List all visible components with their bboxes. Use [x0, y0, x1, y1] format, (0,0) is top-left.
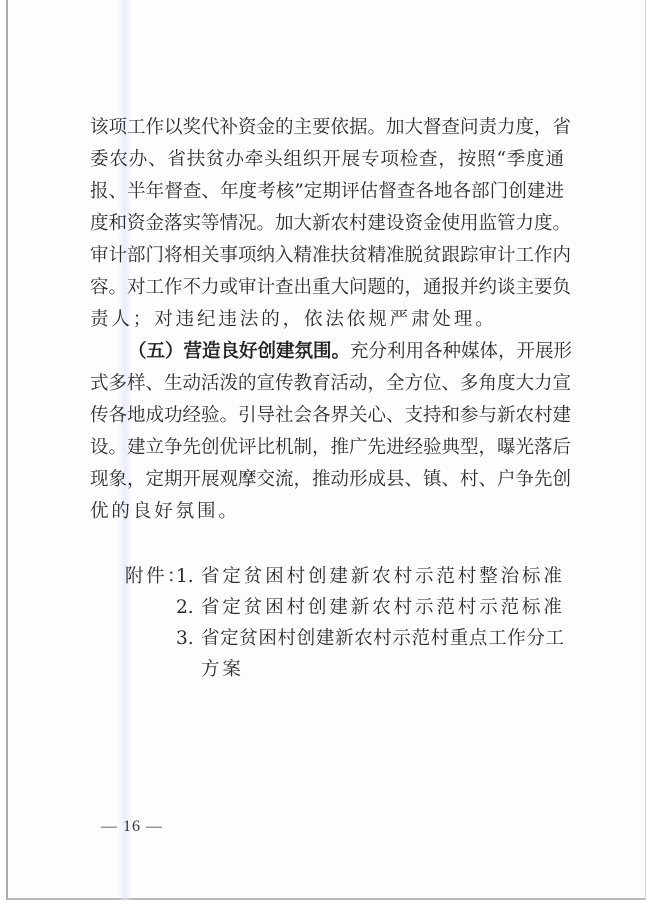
attachment-title: 省定贫困村创建新农村示范村示范标准: [201, 596, 565, 620]
body-line: 责人；对违纪违法的，依法依规严肃处理。: [90, 308, 497, 332]
body-line: 该项工作以奖代补资金的主要依据。加大督查问责力度，省: [90, 116, 564, 140]
page-number: — 16 —: [101, 816, 163, 838]
body-line: 报、半年督查、年度考核”定期评估督查各地各部门创建进: [90, 180, 564, 204]
attachment-number: 3.: [176, 627, 194, 651]
body-line: 审计部门将相关事项纳入精准扶贫精准脱贫跟踪审计工作内: [90, 244, 564, 268]
attachment-title: 省定贫困村创建新农村示范村整治标准: [201, 565, 565, 589]
section-five-first-line: （五）营造良好创建氛围。充分利用各种媒体，开展形: [128, 340, 564, 364]
body-line: 容。对工作不力或审计查出重大问题的，通报并约谈主要负: [90, 276, 564, 300]
body-line: 度和资金落实等情况。加大新农村建设资金使用监管力度。: [90, 212, 564, 236]
section-five-line: 现象，定期开展观摩交流，推动形成县、镇、村、户争先创: [90, 468, 564, 492]
section-five-line: 传各地成功经验。引导社会各界关心、支持和参与新农村建: [90, 404, 564, 428]
section-five-line: 设。建立争先创优评比机制，推广先进经验典型，曝光落后: [90, 436, 564, 460]
attachment-number: 1.: [176, 565, 194, 589]
attachment-title-continuation: 方案: [201, 658, 244, 682]
section-five-text: 充分利用各种媒体，开展形: [350, 341, 572, 362]
attachment-title: 省定贫困村创建新农村示范村重点工作分工: [201, 627, 564, 651]
attachment-number: 2.: [176, 596, 194, 620]
body-line: 委农办、省扶贫办牵头组织开展专项检查，按照“季度通: [90, 148, 564, 172]
section-five-heading: （五）营造良好创建氛围。: [128, 341, 350, 362]
section-five-line: 式多样、生动活泼的宣传教育活动，全方位、多角度大力宣: [90, 372, 564, 396]
section-five-line: 优的良好氛围。: [90, 500, 240, 524]
